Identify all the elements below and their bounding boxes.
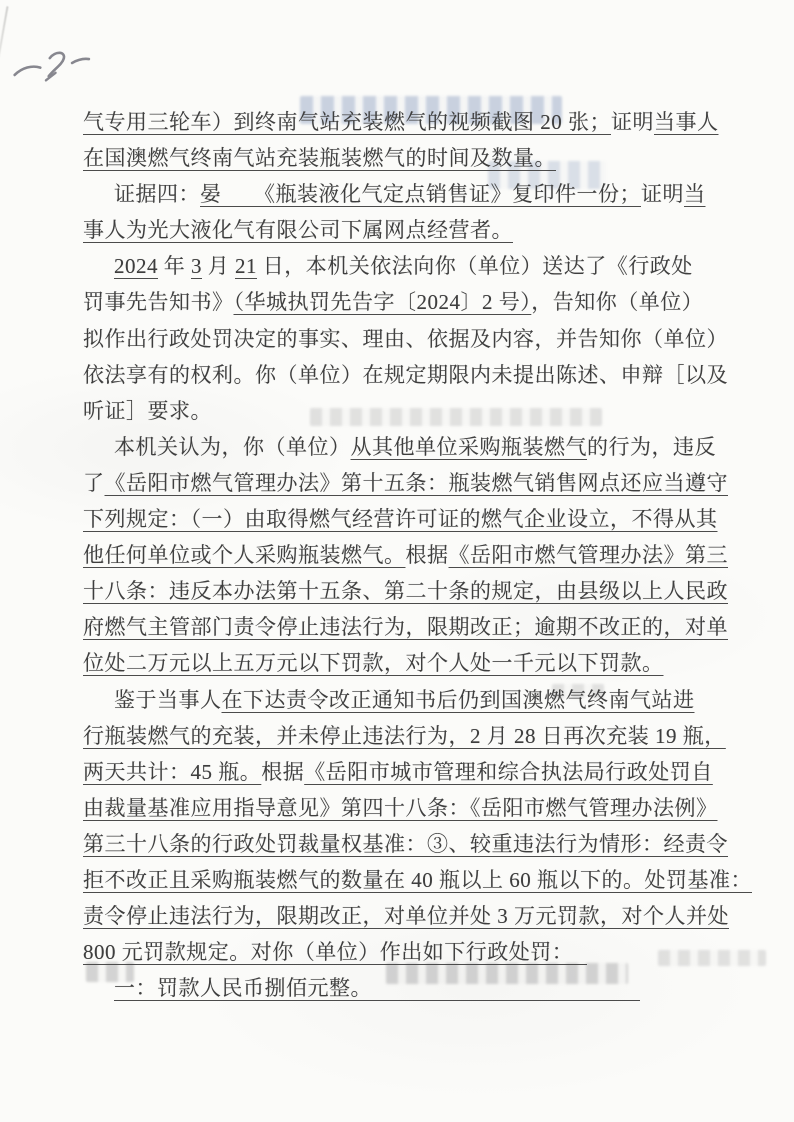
text-run: 的行为，违反 <box>587 435 716 459</box>
text-line: 十八条：违反本办法第十五条、第二十条的规定，由县级以上人民政 <box>83 573 675 609</box>
underlined-text: 事人为光大液化气有限公司下属网点经营者。 <box>83 218 513 242</box>
text-line: 责令停止违法行为，限期改正，对单位并处 3 万元罚款，对个人并处 <box>83 898 675 934</box>
underlined-text: 在下达责令改正通知书后仍到国澳燃气终南气站进 <box>222 688 695 712</box>
text-line: 由裁量基准应用指导意见》第四十八条：《岳阳市燃气管理办法例》 <box>83 790 675 826</box>
text-line: 府燃气主管部门责令停止违法行为，限期改正；逾期不改正的，对单 <box>83 609 675 645</box>
underlined-text: 第三十八条的行政处罚裁量权基准：③、较重违法行为情形：经责令 <box>83 832 728 856</box>
text-run: 根据 <box>261 760 304 784</box>
text-line: 本机关认为，你（单位）从其他单位采购瓶装燃气的行为，违反 <box>83 429 675 465</box>
text-line: 在国澳燃气终南气站充装瓶装燃气的时间及数量。 <box>83 140 675 176</box>
blank-underline <box>372 986 640 1001</box>
text-line: 800 元罚款规定。对你（单位）作出如下行政处罚： <box>83 934 675 970</box>
underlined-text: （华城执罚先告字〔2024〕2 号） <box>234 290 532 314</box>
underlined-text: 在国澳燃气终南气站充装瓶装燃气的时间及数量。 <box>83 146 556 170</box>
underlined-text: 《岳阳市城市管理和综合执法局行政处罚自 <box>304 760 713 784</box>
text-line: 一：罚款人民币捌佰元整。 <box>83 970 675 1006</box>
text-run: 根据 <box>406 543 449 567</box>
text-run: ，告知你（单位） <box>531 290 703 314</box>
text-line: 罚事先告知书》（华城执罚先告字〔2024〕2 号），告知你（单位） <box>83 284 675 320</box>
text-run: 证据四： <box>114 182 200 206</box>
underlined-text: 十八条：违反本办法第十五条、第二十条的规定，由县级以上人民政 <box>83 579 728 603</box>
underlined-text: 一：罚款人民币捌佰元整。 <box>114 976 372 1000</box>
text-line: 行瓶装燃气的充装，并未停止违法行为，2 月 28 日再次充装 19 瓶， <box>83 718 675 754</box>
text-line: 鉴于当事人在下达责令改正通知书后仍到国澳燃气终南气站进 <box>83 682 675 718</box>
scan-edge-artifact <box>0 6 8 58</box>
text-line: 位处二万元以上五万元以下罚款，对个人处一千元以下罚款。 <box>83 645 675 681</box>
underlined-text: 两天共计：45 瓶。 <box>83 760 261 784</box>
text-line: 第三十八条的行政处罚裁量权基准：③、较重违法行为情形：经责令 <box>83 826 675 862</box>
underlined-text: 从其他单位采购瓶装燃气 <box>351 435 588 459</box>
underlined-text: 责令停止违法行为，限期改正，对单位并处 3 万元罚款，对个人并处 <box>83 904 729 928</box>
underlined-text: 晏 《瓶装液化气定点销售证》复印件一份； <box>200 182 641 206</box>
scanned-page: -2- 气专用三轮车）到终南气站充装燃气的视频截图 20 张；证明当事人在国澳燃… <box>0 0 794 1122</box>
text-line: 证据四：晏 《瓶装液化气定点销售证》复印件一份；证明当 <box>83 176 675 212</box>
text-line: 拟作出行政处罚决定的事实、理由、依据及内容，并告知你（单位） <box>83 321 675 357</box>
underlined-text: 气专用三轮车）到终南气站充装燃气的视频截图 20 张； <box>83 110 611 134</box>
underlined-text: 《岳阳市燃气管理办法》第三 <box>449 543 729 567</box>
text-run: 年 <box>158 254 191 278</box>
underlined-text: 行瓶装燃气的充装，并未停止违法行为，2 月 28 日再次充装 19 瓶， <box>83 724 726 748</box>
text-line: 依法享有的权利。你（单位）在规定期限内未提出陈述、申辩［以及 <box>83 357 675 393</box>
underlined-text: 21 <box>235 254 257 278</box>
text-line: 听证］要求。 <box>83 393 675 429</box>
text-run: 本机关认为，你（单位） <box>114 435 351 459</box>
underlined-text: 《岳阳市燃气管理办法》第十五条：瓶装燃气销售网点还应当遵守 <box>105 471 729 495</box>
text-line: 两天共计：45 瓶。根据《岳阳市城市管理和综合执法局行政处罚自 <box>83 754 675 790</box>
underlined-text: 下列规定：（一）由取得燃气经营许可证的燃气企业设立，不得从其 <box>83 507 718 531</box>
text-line: 2024 年 3 月 21 日，本机关依法向你（单位）送达了《行政处 <box>83 248 675 284</box>
underlined-text: 2024 <box>114 254 158 278</box>
underlined-text: 当事人 <box>654 110 719 134</box>
text-line: 拒不改正且采购瓶装燃气的数量在 40 瓶以上 60 瓶以下的。处罚基准： <box>83 862 675 898</box>
text-run: 听证］要求。 <box>83 399 212 423</box>
text-run: 月 <box>202 254 235 278</box>
text-run: 日，本机关依法向你（单位）送达了《行政处 <box>257 254 693 278</box>
text-run: 罚事先告知书》 <box>83 290 234 314</box>
underlined-text: 府燃气主管部门责令停止违法行为，限期改正；逾期不改正的，对单 <box>83 615 728 639</box>
text-run: 依法享有的权利。你（单位）在规定期限内未提出陈述、申辩［以及 <box>83 363 728 387</box>
text-line: 事人为光大液化气有限公司下属网点经营者。 <box>83 212 675 248</box>
text-line: 气专用三轮车）到终南气站充装燃气的视频截图 20 张；证明当事人 <box>83 104 675 140</box>
handwritten-stroke <box>9 32 96 92</box>
text-run: 证明 <box>641 182 684 206</box>
underlined-text: 3 <box>191 254 202 278</box>
underlined-text: 当 <box>684 182 706 206</box>
text-line: 下列规定：（一）由取得燃气经营许可证的燃气企业设立，不得从其 <box>83 501 675 537</box>
underlined-text: 拒不改正且采购瓶装燃气的数量在 40 瓶以上 60 瓶以下的。处罚基准： <box>83 868 752 892</box>
handwritten-page-number: -2- <box>9 32 96 92</box>
document-body: 气专用三轮车）到终南气站充装燃气的视频截图 20 张；证明当事人在国澳燃气终南气… <box>83 104 675 1006</box>
text-run: 拟作出行政处罚决定的事实、理由、依据及内容，并告知你（单位） <box>83 327 728 351</box>
underlined-text: 800 元罚款规定。对你（单位）作出如下行政处罚： <box>83 940 573 964</box>
underlined-text: 他任何单位或个人采购瓶装燃气。 <box>83 543 406 567</box>
text-line: 了《岳阳市燃气管理办法》第十五条：瓶装燃气销售网点还应当遵守 <box>83 465 675 501</box>
text-run: 了 <box>83 471 105 495</box>
text-run: 证明 <box>611 110 654 134</box>
underlined-text: 由裁量基准应用指导意见》第四十八条：《岳阳市燃气管理办法例》 <box>83 796 718 820</box>
text-run: 鉴于当事人 <box>114 688 222 712</box>
blank-underline <box>573 950 587 965</box>
text-line: 他任何单位或个人采购瓶装燃气。根据《岳阳市燃气管理办法》第三 <box>83 537 675 573</box>
underlined-text: 位处二万元以上五万元以下罚款，对个人处一千元以下罚款。 <box>83 651 664 675</box>
